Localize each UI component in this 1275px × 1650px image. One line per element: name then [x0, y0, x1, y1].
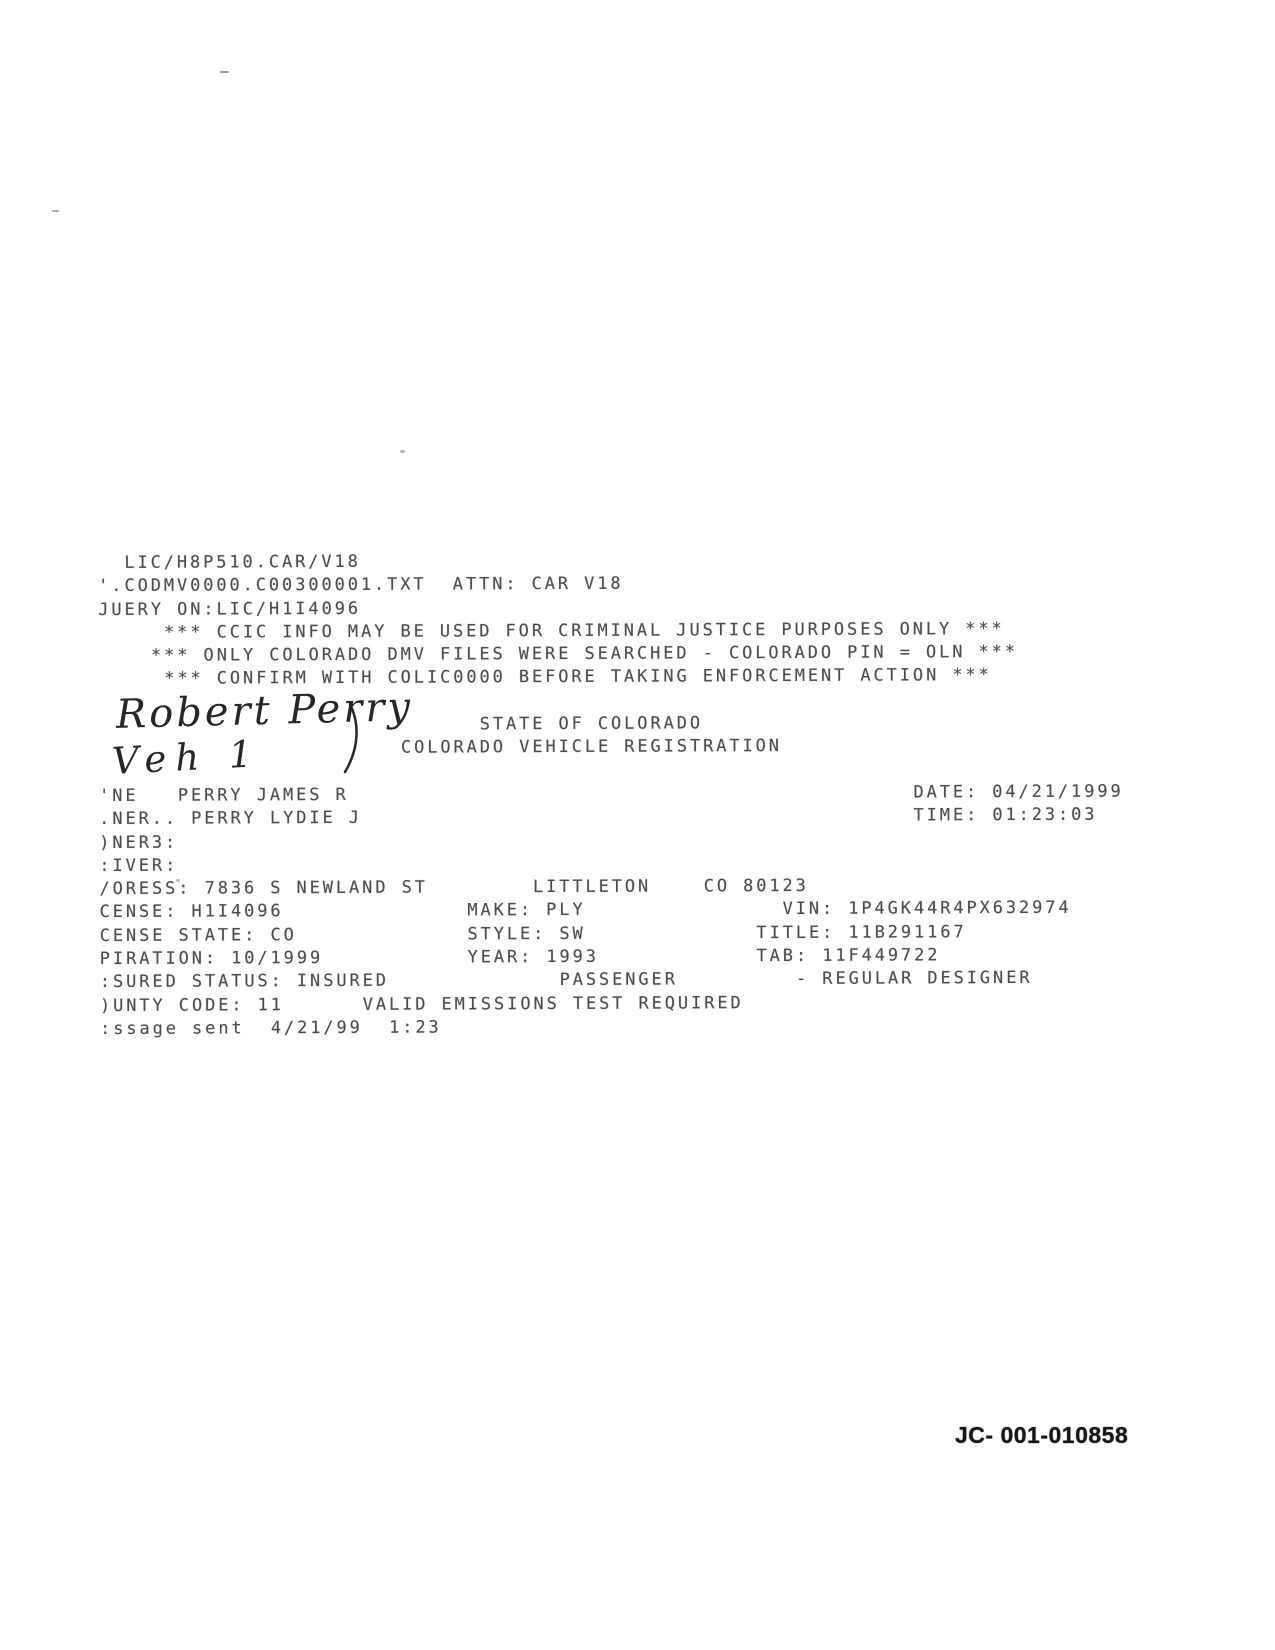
scan-speck — [52, 210, 59, 212]
printout-line: :ssage sent 4/21/99 1:23 — [100, 1013, 1125, 1041]
scan-speck — [220, 71, 229, 73]
printout-line: :SURED STATUS: INSURED PASSENGER - REGUL… — [100, 967, 1125, 995]
bates-stamp: JC- 001-010858 — [955, 1422, 1128, 1449]
scan-speck — [400, 450, 405, 453]
printout-line: .NER.. PERRY LYDIE J TIME: 01:23:03 — [99, 804, 1124, 832]
handwritten-vehicle-note: Veh 1 — [111, 732, 262, 783]
handwriting-tail-stroke — [340, 702, 370, 777]
dmv-printout: LIC/H8P510.CAR/V18'.CODMV0000.C00300001.… — [98, 548, 1125, 1042]
printout-line: CENSE: H1I4096 MAKE: PLY VIN: 1P4GK44R4P… — [100, 897, 1125, 925]
scanned-page: LIC/H8P510.CAR/V18'.CODMV0000.C00300001.… — [0, 0, 1275, 1650]
